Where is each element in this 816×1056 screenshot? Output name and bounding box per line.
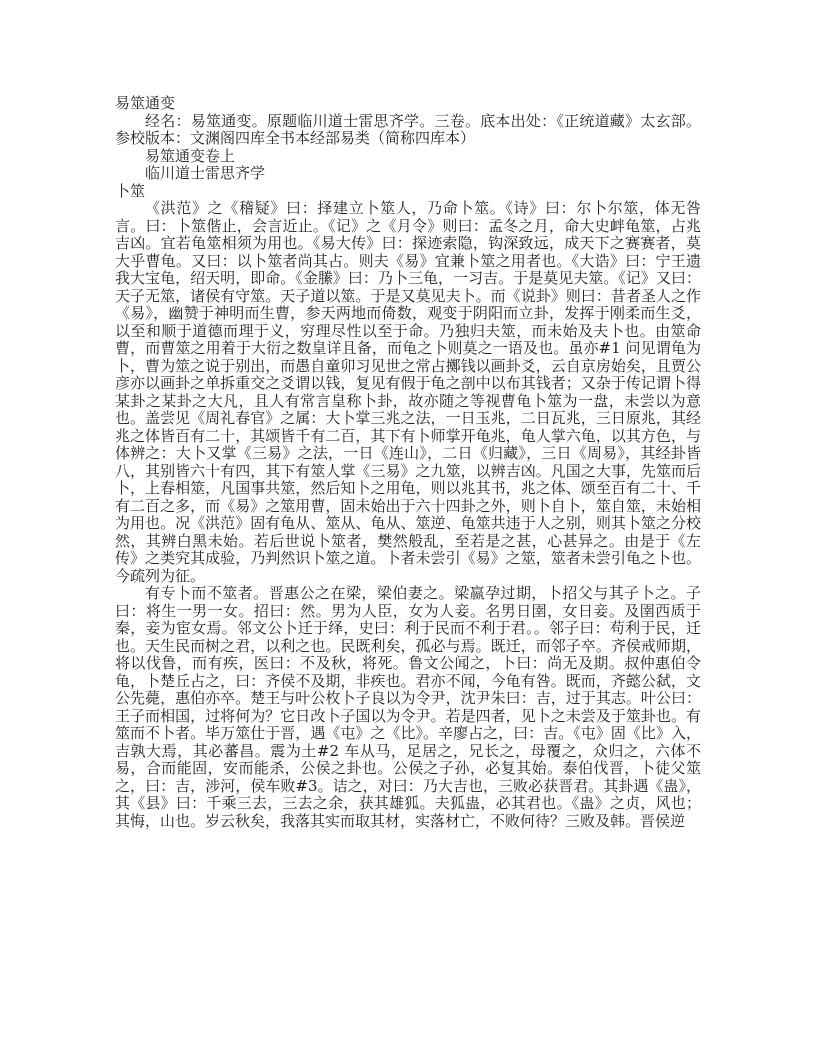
body-paragraph-2: 有专卜而不筮者。晋惠公之在梁，梁伯妻之。梁嬴孕过期，卜招父与其子卜之。子曰：将生…: [115, 585, 701, 830]
body-paragraph-1: 《洪范》之《稽疑》曰：择建立卜筮人，乃命卜筮。《诗》曰：尔卜尔筮，体无咎言。曰：…: [115, 200, 701, 585]
document-title: 易筮通变: [115, 95, 701, 113]
author-line: 临川道士雷思齐学: [115, 165, 701, 183]
document-content: 易筮通变 经名：易筮通变。原题临川道士雷思齐学。三卷。底本出处：《正统道藏》太玄…: [115, 95, 701, 830]
section-heading: 卜筮: [115, 183, 701, 201]
document-page: 易筮通变 经名：易筮通变。原题临川道士雷思齐学。三卷。底本出处：《正统道藏》太玄…: [0, 0, 816, 1056]
edition-note: 经名：易筮通变。原题临川道士雷思齐学。三卷。底本出处：《正统道藏》太玄部。参校版…: [115, 113, 701, 148]
volume-title: 易筮通变卷上: [115, 148, 701, 166]
